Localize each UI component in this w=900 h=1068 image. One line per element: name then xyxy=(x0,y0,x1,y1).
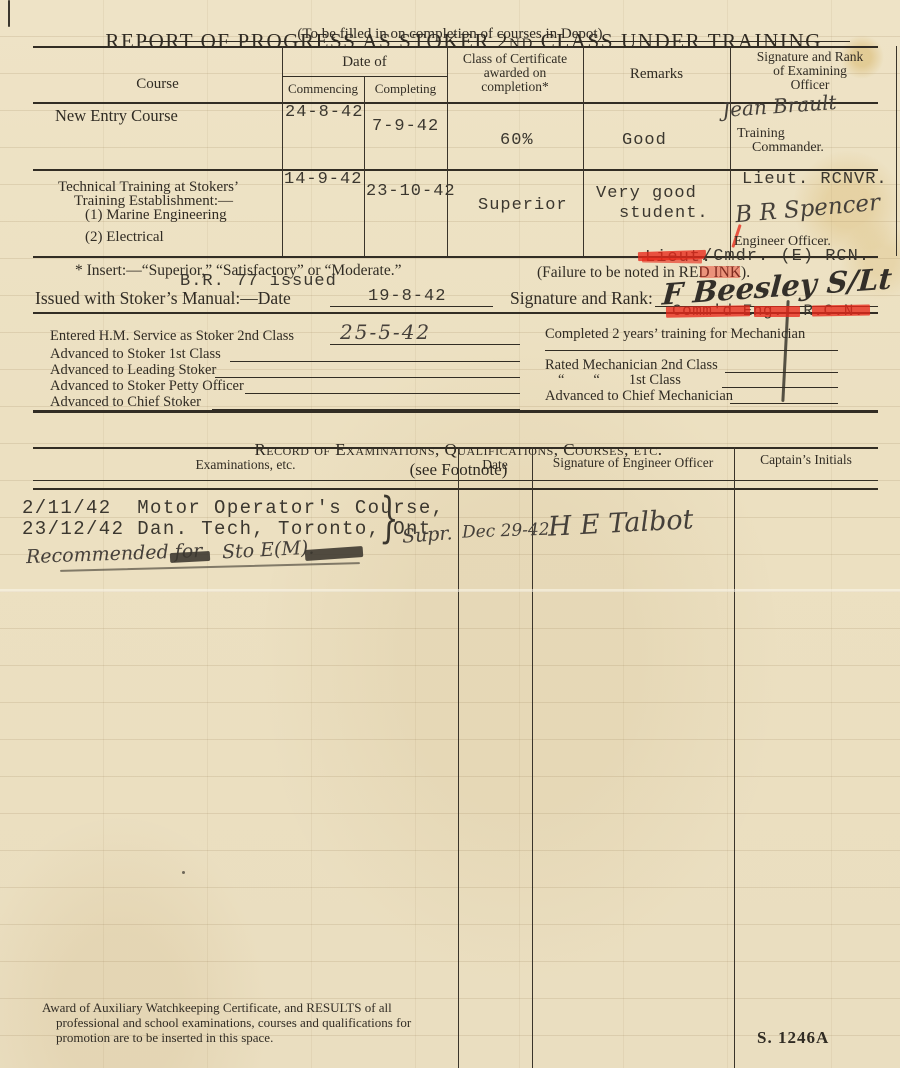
scan-edge-mark xyxy=(8,0,10,27)
record-column-header-signature: Signature of Engineer Officer xyxy=(532,455,734,471)
signature-rank-label: Signature and Rank: xyxy=(510,288,653,309)
service-blank-line xyxy=(230,361,520,362)
record-column-header-exams: Examinations, etc. xyxy=(33,457,458,473)
paper-crease xyxy=(0,589,900,592)
manual-issue-label: Issued with Stoker’s Manual:—Date xyxy=(35,288,291,309)
course-column-divider xyxy=(282,46,283,256)
remarks-row2-line1: Very good xyxy=(596,184,697,203)
handwritten-brace: } xyxy=(379,485,400,550)
handwritten-supr-note: Supr. xyxy=(401,522,453,547)
column-header-date-of: Date of xyxy=(282,54,447,71)
subtitle-underline xyxy=(143,41,850,42)
record-exams-date-divider xyxy=(458,447,459,1068)
service-blank-line xyxy=(330,344,520,345)
course-name-row1: New Entry Course xyxy=(55,106,178,126)
commencing-date-row2: 14-9-42 xyxy=(284,170,362,189)
engineer-officer-signature-row2: B R Spencer xyxy=(734,190,881,229)
service-blank-line xyxy=(545,350,838,351)
service-blank-line xyxy=(730,403,838,404)
service-blank-line xyxy=(725,372,838,373)
record-column-header-date: Date xyxy=(458,457,532,473)
manual-issue-date: 19-8-42 xyxy=(368,287,446,306)
service-row-leading-stoker: Advanced to Leading Stoker xyxy=(50,362,216,379)
manual-date-blank-line xyxy=(330,306,493,307)
service-section-bottom-border xyxy=(33,410,878,413)
column-header-signature-3: Officer xyxy=(730,77,890,93)
footer-note-line2: professional and school examinations, co… xyxy=(56,1015,411,1031)
service-row-chief-stoker: Advanced to Chief Stoker xyxy=(50,394,201,411)
service-row-chief-mechanician: Advanced to Chief Mechanician xyxy=(545,388,733,405)
commencing-completing-divider xyxy=(364,76,365,256)
record-column-header-captain: Captain’s Initials xyxy=(734,452,878,468)
rank-label-row1-line2: Commander. xyxy=(752,140,824,156)
red-strike-commd xyxy=(666,305,750,317)
ink-dot xyxy=(182,871,185,874)
footer-note-line1: Award of Auxiliary Watchkeeping Certific… xyxy=(42,1000,392,1016)
completing-date-row2: 23-10-42 xyxy=(366,182,456,201)
commencing-date-row1: 24-8-42 xyxy=(285,103,363,122)
service-label: Entered H.M. Service as Stoker 2nd Class xyxy=(50,328,294,344)
rank-typed-row1: Lieut. RCNVR. xyxy=(742,170,888,189)
record-table-top-border xyxy=(33,447,878,449)
footer-note-line3: promotion are to be inserted in this spa… xyxy=(56,1030,273,1046)
date-of-underline xyxy=(282,76,447,77)
certificate-row1: 60% xyxy=(500,131,534,150)
service-blank-line xyxy=(245,393,520,394)
course-table-right-border xyxy=(896,46,897,256)
course-table-top-border xyxy=(33,46,878,48)
column-header-course: Course xyxy=(33,76,282,93)
column-header-certificate-3: completion* xyxy=(447,79,583,95)
course-item-electrical: (2) Electrical xyxy=(85,229,164,246)
handwritten-sto-em: Sto E(M). xyxy=(221,537,314,564)
service-row-rated-1st: “ “ 1st Class xyxy=(558,372,681,389)
service-blank-line xyxy=(215,377,520,378)
red-strike-eng xyxy=(754,306,800,317)
service-blank-line xyxy=(722,387,838,388)
course-item-marine-engineering: (1) Marine Engineering xyxy=(85,207,227,224)
service-row-mechanician-training: Completed 2 years’ training for Mechanic… xyxy=(545,326,805,343)
record-entry-date-script: Dec 29-42. xyxy=(462,519,556,542)
remarks-row2-line2: student. xyxy=(619,204,709,223)
examining-officer-signature-row1: Jean Brault xyxy=(721,90,837,122)
red-strike-rcn xyxy=(812,304,870,316)
record-header-underline xyxy=(33,480,878,481)
scanned-form-page: REPORT OF PROGRESS AS STOKER 2ND CLASS U… xyxy=(0,0,900,1068)
service-row-stoker1: Advanced to Stoker 1st Class xyxy=(50,346,221,363)
record-signature-captain-divider xyxy=(734,447,735,1068)
service-row-entered: Entered H.M. Service as Stoker 2nd Class xyxy=(50,328,520,345)
record-entry-signature-script: H E Talbot xyxy=(547,504,694,543)
remarks-row1: Good xyxy=(622,131,667,150)
column-header-remarks: Remarks xyxy=(583,66,730,83)
column-header-completing: Completing xyxy=(364,81,447,97)
certificate-row2: Superior xyxy=(478,196,568,215)
record-header-bottom-border xyxy=(33,488,878,490)
scribble-strikeout-1 xyxy=(170,551,210,563)
column-header-commencing: Commencing xyxy=(282,81,364,97)
service-row-petty-officer: Advanced to Stoker Petty Officer xyxy=(50,378,244,395)
red-strike-lieut-2 xyxy=(642,257,702,263)
form-number: S. 1246A xyxy=(757,1028,829,1048)
completing-date-row1: 7-9-42 xyxy=(372,117,439,136)
service-entered-date: 25-5-42 xyxy=(340,320,431,344)
